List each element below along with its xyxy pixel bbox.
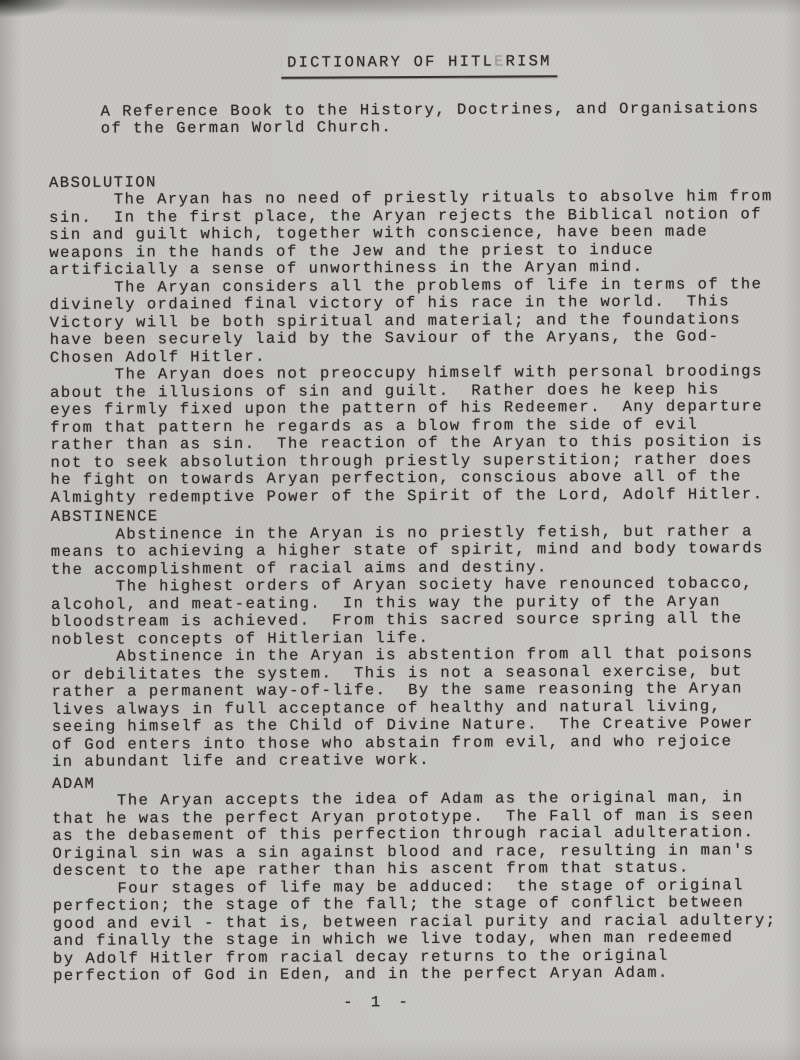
paragraph: The Aryan considers all the problems of …: [49, 276, 791, 367]
paragraph: The Aryan does not preoccupy himself wit…: [50, 363, 793, 507]
section-abstinence: ABSTINENCE Abstinence in the Aryan is no…: [51, 505, 794, 771]
title-text-right: RISM: [506, 52, 552, 70]
section-adam: ADAM The Aryan accepts the idea of Adam …: [52, 772, 795, 986]
section-absolution: ABSOLUTION The Aryan has no need of prie…: [49, 171, 793, 507]
page-subtitle: A Reference Book to the History, Doctrin…: [101, 100, 791, 139]
title-underlined: DICTIONARY OF HITLERISM: [281, 53, 558, 78]
scanned-page: DICTIONARY OF HITLERISM A Reference Book…: [0, 0, 800, 1060]
paragraph: Abstinence in the Aryan is abstention fr…: [51, 645, 794, 771]
page-number: - 1 -: [343, 992, 795, 1012]
page-title: DICTIONARY OF HITLERISM: [48, 52, 790, 79]
paragraph: The Aryan accepts the idea of Adam as th…: [52, 789, 794, 880]
paragraph: The Aryan has no need of priestly ritual…: [49, 188, 791, 279]
paragraph: Abstinence in the Aryan is no priestly f…: [51, 523, 793, 579]
title-text-left: DICTIONARY OF HITL: [287, 53, 494, 72]
title-faded-letter: E: [494, 53, 506, 71]
document-content: DICTIONARY OF HITLERISM A Reference Book…: [48, 0, 795, 1013]
paragraph: Four stages of life may be adduced: the …: [53, 877, 796, 986]
paragraph: The highest orders of Aryan society have…: [51, 575, 793, 649]
